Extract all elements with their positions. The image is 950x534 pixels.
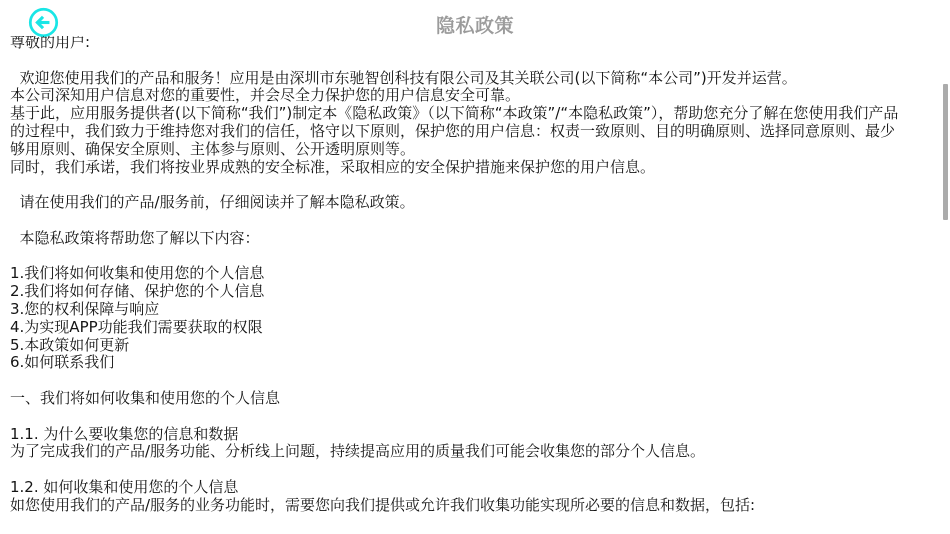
scrollbar-thumb[interactable] (943, 84, 948, 220)
text-line: 请在使用我们的产品/服务前，仔细阅读并了解本隐私政策。 (10, 194, 950, 212)
text-line: 本公司深知用户信息对您的重要性，并会尽全力保护您的用户信息安全可靠。 (10, 87, 950, 105)
text-line (10, 461, 950, 479)
privacy-policy-page: 隐私政策 尊敬的用户: 欢迎您使用我们的产品和服务！应用是由深圳市东驰智创科技有… (0, 0, 950, 534)
text-line (10, 176, 950, 194)
text-line: 3.您的权利保障与响应 (10, 301, 950, 319)
text-line (10, 212, 950, 230)
text-line: 如您使用我们的产品/服务的业务功能时，需要您向我们提供或允许我们收集功能实现所必… (10, 497, 950, 515)
text-line: 1.2. 如何收集和使用您的个人信息 (10, 479, 950, 497)
text-line (10, 372, 950, 390)
text-line: 尊敬的用户: (10, 36, 950, 52)
text-line: 5.本政策如何更新 (10, 337, 950, 355)
text-line: 2.我们将如何存储、保护您的个人信息 (10, 283, 950, 301)
policy-text: 尊敬的用户: 欢迎您使用我们的产品和服务！应用是由深圳市东驰智创科技有限公司及其… (10, 36, 950, 515)
header-bar: 隐私政策 (0, 0, 950, 40)
text-line: 够用原则、确保安全原则、主体参与原则、公开透明原则等。 (10, 141, 950, 159)
text-line (10, 408, 950, 426)
text-line: 的过程中，我们致力于维持您对我们的信任，恪守以下原则，保护您的用户信息：权责一致… (10, 123, 950, 141)
text-line: 4.为实现APP功能我们需要获取的权限 (10, 319, 950, 337)
text-line: 6.如何联系我们 (10, 354, 950, 372)
policy-scroll-area[interactable]: 尊敬的用户: 欢迎您使用我们的产品和服务！应用是由深圳市东驰智创科技有限公司及其… (10, 36, 950, 534)
text-line: 为了完成我们的产品/服务功能、分析线上问题，持续提高应用的质量我们可能会收集您的… (10, 443, 950, 461)
text-line: 一、我们将如何收集和使用您的个人信息 (10, 390, 950, 408)
page-title: 隐私政策 (0, 11, 950, 38)
text-line (10, 52, 950, 70)
text-line: 欢迎您使用我们的产品和服务！应用是由深圳市东驰智创科技有限公司及其关联公司(以下… (10, 70, 950, 88)
text-line (10, 248, 950, 266)
text-line: 1.1. 为什么要收集您的信息和数据 (10, 426, 950, 444)
text-line: 本隐私政策将帮助您了解以下内容： (10, 230, 950, 248)
text-line: 同时，我们承诺，我们将按业界成熟的安全标准，采取相应的安全保护措施来保护您的用户… (10, 159, 950, 177)
text-line: 基于此，应用服务提供者(以下简称“我们”)制定本《隐私政策》（以下简称“本政策”… (10, 105, 950, 123)
text-line: 1.我们将如何收集和使用您的个人信息 (10, 265, 950, 283)
